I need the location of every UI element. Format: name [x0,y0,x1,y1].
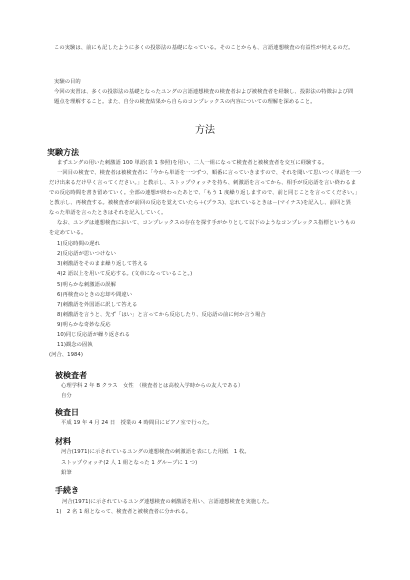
method-line-5: と教示し、再検査する。被検査者が前回の反応を覚えていたら＋(プラス)、忘れている… [49,200,351,206]
indicator-item: 5)明らかな刺激語の誤解 [57,282,116,288]
materials-line-1: 河合(1971)に示されているユングの連想検査の刺激語を表にした用紙 1 枚。 [61,449,250,455]
method-line-6: なった単語を言ったときはそれを記入していく。 [49,210,167,216]
method-line-7: なお、ユングは連想検査において、コンプレックスの存在を探す手がかりとして以下のよ… [57,220,356,226]
procedure-step-1: 1) 2 名 1 組となって、検査者と被検査者に分かれる。 [56,509,191,515]
date-heading: 検査日 [55,407,79,417]
materials-heading: 材料 [55,436,71,446]
indicator-item: 6)再検査のときの忘却や間違い [57,292,132,298]
subject-heading: 被検査者 [55,370,87,380]
method-title: 方法 [0,125,410,137]
method-line-2: 一回目の検査で、検査者は被検査者に「今から単語を一つずつ、順番に言っていきますの… [57,170,361,176]
experiment-method-heading: 実験方法 [47,147,79,157]
indicator-item: 1)反応時間の遅れ [57,241,100,247]
method-line-1: まずユングの用いた刺激語 100 単語(表 1 参照)を用い、二人一組になって検… [57,160,327,166]
procedure-line-1: 河合(1971)に示されているユング連想検査の刺激語を用い、言語連想検査を実施し… [62,499,272,505]
materials-line-2: ストップウォッチ(2 人 1 組となった 1 グループに 1 つ) [61,460,197,466]
indicator-item: 3)刺激語をそのまま繰り返して答える [57,261,148,267]
indicator-item: 8)刺激語を言うと、先ず「はい」と言ってから反応したり、反応語の前に何か言う場合 [57,312,266,318]
purpose-heading: 実験の目的 [54,79,81,85]
materials-line-3: 鉛筆 [61,470,72,476]
indicator-item: 7)刺激語を外国語に訳して答える [57,302,137,308]
method-line-8: を定めている。 [49,230,86,236]
method-line-4: での反応時間を書き留めていく。全部の連想が終わったあとで、「もう 1 度繰り返し… [49,190,360,196]
document-page: この実験は、前にも記したように多くの投影法の基礎になっている。そのことからも、言… [0,0,410,580]
procedure-heading: 手続き [55,485,79,495]
indicator-item: 9)明らかな奇妙な反応 [57,322,111,328]
indicator-item: 4)2 語以上を用いて反応する。(文章になっていること。) [57,271,192,277]
purpose-line-2: 題点を理解すること。また、自分の検査結果から自らのコンプレックスの内容についての… [54,99,316,105]
indicator-item: 11)観念の固執 [57,342,93,348]
subject-line-2: 自分 [61,393,72,399]
citation: (河合、1984) [49,352,83,358]
date-line-1: 平成 19 年 4 月 24 日 授業の 4 時間目にピアノ室で行った。 [61,420,213,426]
indicator-item: 10)同じ反応語が繰り返される [57,332,130,338]
indicator-item: 2)反応語が思いつけない [57,251,116,257]
intro-paragraph: この実験は、前にも記したように多くの投影法の基礎になっている。そのことからも、言… [54,45,353,51]
subject-line-1: 心理学科 2 年 B クラス 女性 （検査者とは高校入学時からの友人である） [61,383,243,389]
method-line-3: だけ出来るだけ早く言ってください。」と教示し、ストップウォッチを持ち、刺激語を言… [49,180,356,186]
purpose-line-1: 今回の実習は、多くの投影法の基礎となったユングの言語連想検査の検査者および被検査… [54,89,353,95]
